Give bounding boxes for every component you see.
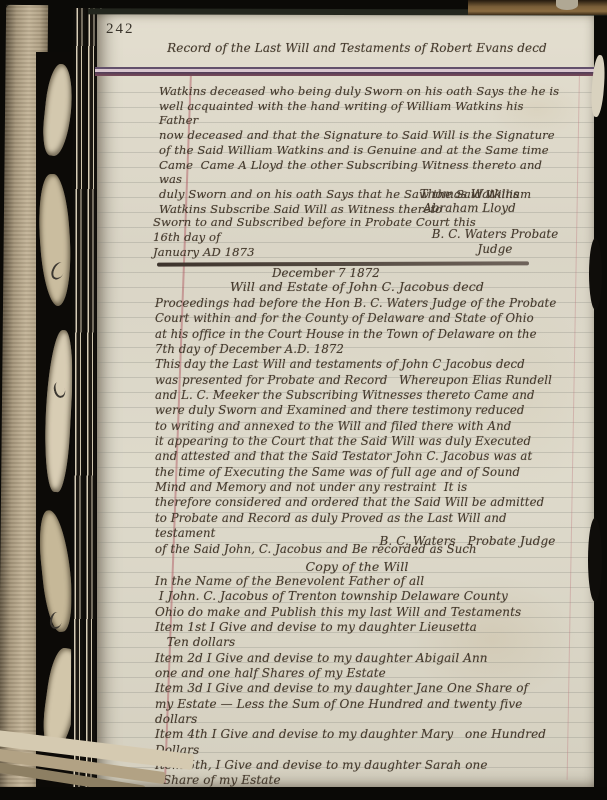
cover-fuzz <box>556 0 578 10</box>
book-photo: { "page_number": "242", "header": { "tit… <box>0 0 607 800</box>
torn-edge-notch <box>589 238 602 310</box>
photo-bottom-edge <box>0 787 607 800</box>
crumpled-page-edge <box>42 329 75 492</box>
ledger-page: 242 Record of the Last Will and Testamen… <box>97 14 594 787</box>
jacobus-date-heading: December 7 1872 <box>272 266 380 280</box>
header-double-rule <box>95 67 595 76</box>
jacobus-estate-title: Will and Estate of John C. Jacobus decd <box>187 279 527 294</box>
crumpled-page-edge <box>40 63 75 157</box>
judge-signature: B. C. Waters Probate Judge <box>425 227 565 256</box>
witness-signatures: Thomas Watkins Abraham Lloyd <box>397 187 542 215</box>
cover-corner-top-right <box>468 0 607 15</box>
torn-edge-notch <box>588 518 602 602</box>
jacobus-proceedings-text: Proceedings had before the Hon B. C. Wat… <box>155 296 563 557</box>
will-copy-title: Copy of the Will <box>237 559 477 574</box>
crumpled-page-edge <box>35 173 74 307</box>
header-rule-bottom <box>95 72 595 76</box>
page-number: 242 <box>106 21 135 38</box>
judge-signature: B. C. Waters Probate Judge <box>365 534 570 548</box>
will-copy-text: In the Name of the Benevolent Father of … <box>155 574 567 789</box>
record-header-title: Record of the Last Will and Testaments o… <box>167 41 547 55</box>
